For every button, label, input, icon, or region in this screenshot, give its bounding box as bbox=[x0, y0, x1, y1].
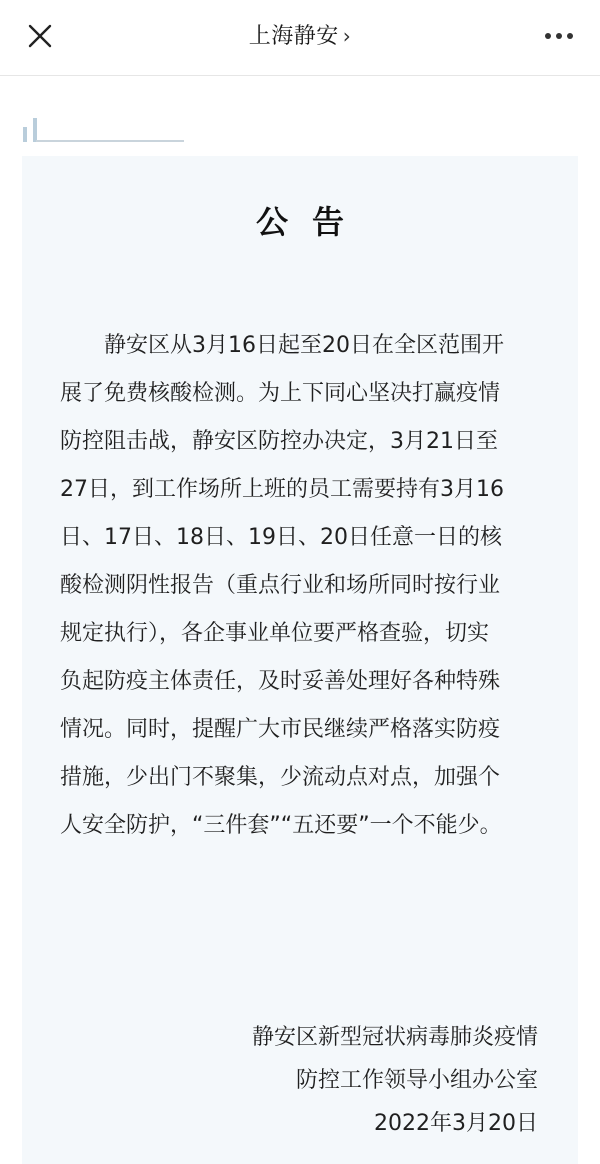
body-line: 酸检测阴性报告（重点行业和场所同时按行业 bbox=[60, 562, 542, 610]
notice-title: 公告 bbox=[0, 200, 600, 244]
body-line: 负起防疫主体责任，及时妥善处理好各种特殊 bbox=[60, 658, 542, 706]
navbar: 上海静安› bbox=[0, 0, 600, 76]
account-title: 上海静安 bbox=[249, 24, 339, 49]
body-line: 防控阻击战，静安区防控办决定，3月21日至 bbox=[60, 418, 542, 466]
bar-decoration-icon bbox=[22, 115, 187, 145]
signature-org-line-1: 静安区新型冠状病毒肺炎疫情 bbox=[252, 1016, 538, 1059]
notice-signature: 静安区新型冠状病毒肺炎疫情 防控工作领导小组办公室 2022年3月20日 bbox=[252, 1016, 538, 1145]
signature-date: 2022年3月20日 bbox=[252, 1102, 538, 1145]
body-line: 措施，少出门不聚集，少流动点对点，加强个 bbox=[60, 754, 542, 802]
body-line: 静安区从3月16日起至20日在全区范围开 bbox=[60, 322, 542, 370]
decorative-bar-graphic bbox=[22, 115, 187, 145]
signature-org-line-2: 防控工作领导小组办公室 bbox=[252, 1059, 538, 1102]
body-line: 人安全防护，“三件套”“五还要”一个不能少。 bbox=[60, 802, 542, 850]
notice-body: 静安区从3月16日起至20日在全区范围开 展了免费核酸检测。为上下同心坚决打赢疫… bbox=[60, 322, 542, 850]
body-line: 日、17日、18日、19日、20日任意一日的核 bbox=[60, 514, 542, 562]
more-button[interactable] bbox=[543, 28, 575, 44]
body-line: 展了免费核酸检测。为上下同心坚决打赢疫情 bbox=[60, 370, 542, 418]
account-title-link[interactable]: 上海静安› bbox=[0, 20, 600, 53]
more-icon bbox=[543, 28, 575, 44]
chevron-right-icon: › bbox=[343, 24, 352, 48]
body-line: 情况。同时，提醒广大市民继续严格落实防疫 bbox=[60, 706, 542, 754]
body-line: 27日，到工作场所上班的员工需要持有3月16 bbox=[60, 466, 542, 514]
body-line: 规定执行），各企事业单位要严格查验，切实 bbox=[60, 610, 542, 658]
